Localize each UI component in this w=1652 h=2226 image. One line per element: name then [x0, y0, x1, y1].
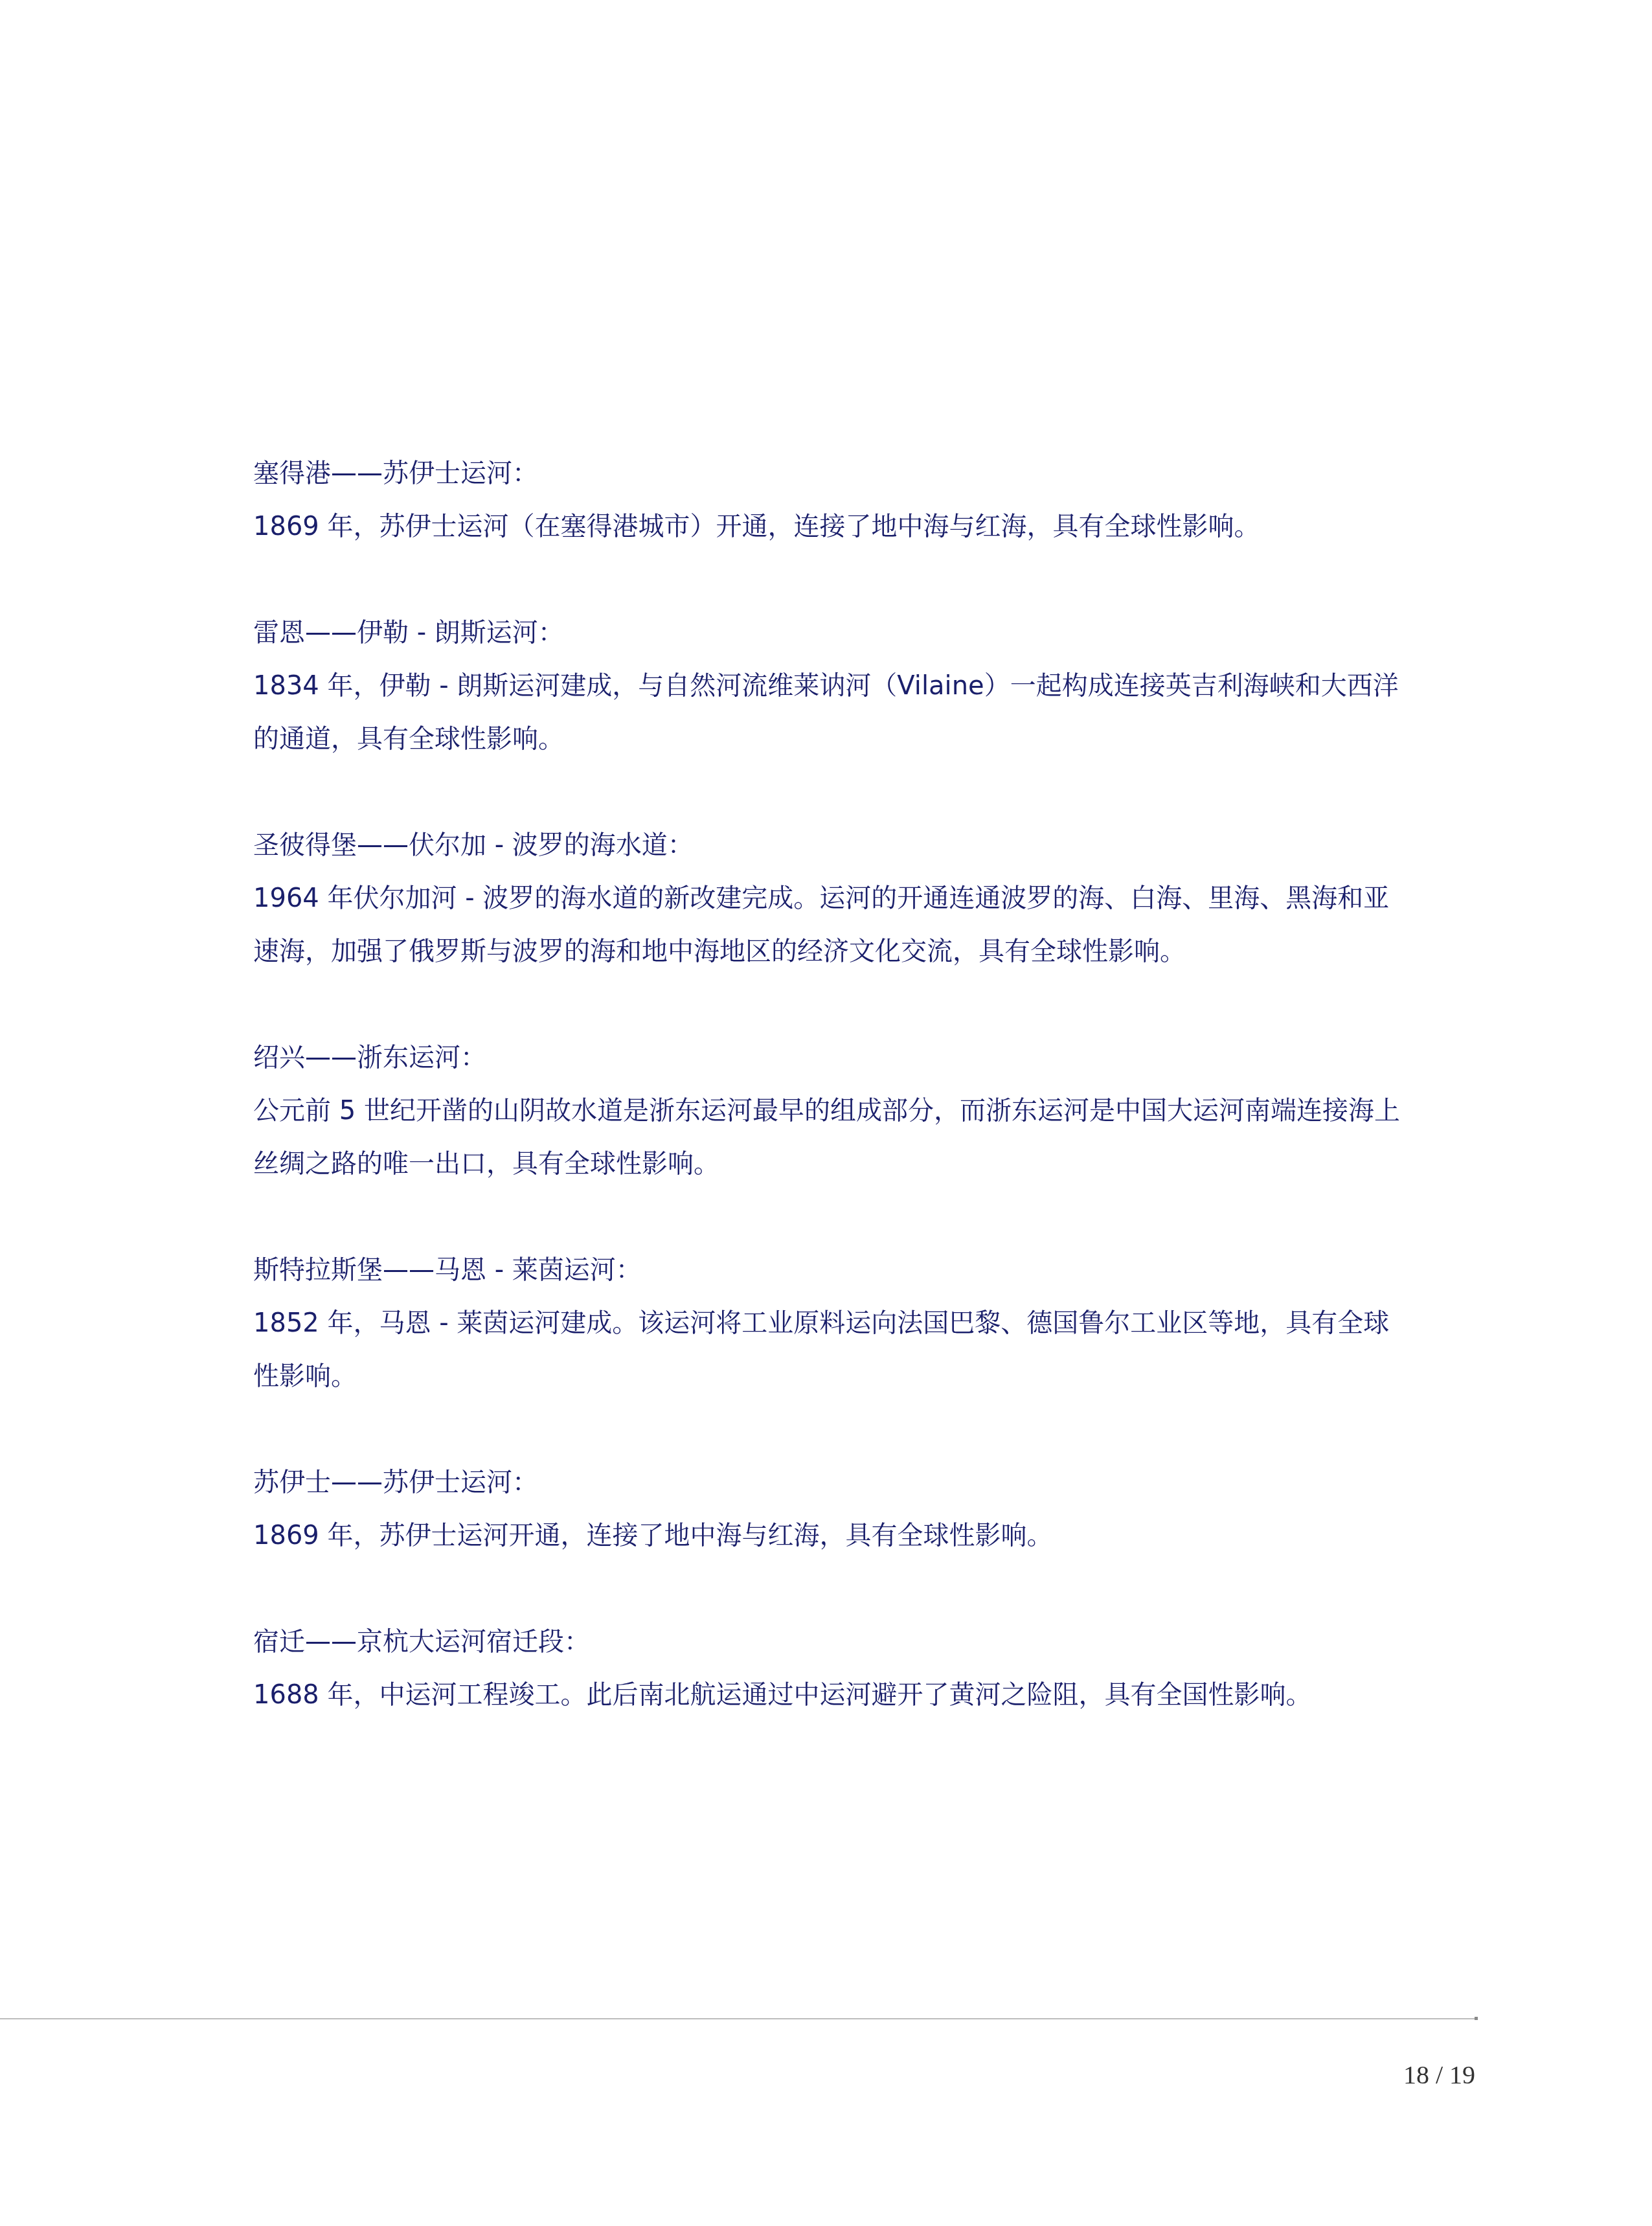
entry-saint-petersburg: 圣彼得堡——伏尔加 - 波罗的海水道： 1964 年伏尔加河 - 波罗的海水道的… [253, 819, 1406, 978]
entry-title: 圣彼得堡——伏尔加 - 波罗的海水道： [253, 819, 1406, 872]
entry-title: 塞得港——苏伊士运河： [253, 447, 1406, 500]
entry-title: 斯特拉斯堡——马恩 - 莱茵运河： [253, 1244, 1406, 1297]
entry-suez: 苏伊士——苏伊士运河： 1869 年，苏伊士运河开通，连接了地中海与红海，具有全… [253, 1456, 1406, 1562]
entry-body: 公元前 5 世纪开凿的山阴故水道是浙东运河最早的组成部分，而浙东运河是中国大运河… [253, 1084, 1406, 1190]
entry-strasbourg: 斯特拉斯堡——马恩 - 莱茵运河： 1852 年，马恩 - 莱茵运河建成。该运河… [253, 1244, 1406, 1403]
entry-body: 1834 年，伊勒 - 朗斯运河建成，与自然河流维莱讷河（Vilaine）一起构… [253, 659, 1406, 766]
entry-rennes: 雷恩——伊勒 - 朗斯运河： 1834 年，伊勒 - 朗斯运河建成，与自然河流维… [253, 606, 1406, 766]
footer-divider [0, 2018, 1475, 2019]
entry-title: 苏伊士——苏伊士运河： [253, 1456, 1406, 1509]
entry-body: 1964 年伏尔加河 - 波罗的海水道的新改建完成。运河的开通连通波罗的海、白海… [253, 872, 1406, 978]
page-number: 18 / 19 [1403, 2060, 1475, 2091]
entry-title: 宿迁——京杭大运河宿迁段： [253, 1615, 1406, 1668]
entry-port-said: 塞得港——苏伊士运河： 1869 年，苏伊士运河（在塞得港城市）开通，连接了地中… [253, 447, 1406, 553]
entry-body: 1869 年，苏伊士运河开通，连接了地中海与红海，具有全球性影响。 [253, 1509, 1406, 1562]
document-content: 塞得港——苏伊士运河： 1869 年，苏伊士运河（在塞得港城市）开通，连接了地中… [253, 447, 1406, 1775]
entry-title: 雷恩——伊勒 - 朗斯运河： [253, 606, 1406, 659]
footer-divider-end-marker [1475, 2017, 1478, 2020]
entry-shaoxing: 绍兴——浙东运河： 公元前 5 世纪开凿的山阴故水道是浙东运河最早的组成部分，而… [253, 1031, 1406, 1190]
entry-suqian: 宿迁——京杭大运河宿迁段： 1688 年，中运河工程竣工。此后南北航运通过中运河… [253, 1615, 1406, 1721]
entry-body: 1688 年，中运河工程竣工。此后南北航运通过中运河避开了黄河之险阻，具有全国性… [253, 1668, 1406, 1721]
entry-title: 绍兴——浙东运河： [253, 1031, 1406, 1084]
entry-body: 1869 年，苏伊士运河（在塞得港城市）开通，连接了地中海与红海，具有全球性影响… [253, 500, 1406, 553]
entry-body: 1852 年，马恩 - 莱茵运河建成。该运河将工业原料运向法国巴黎、德国鲁尔工业… [253, 1297, 1406, 1403]
